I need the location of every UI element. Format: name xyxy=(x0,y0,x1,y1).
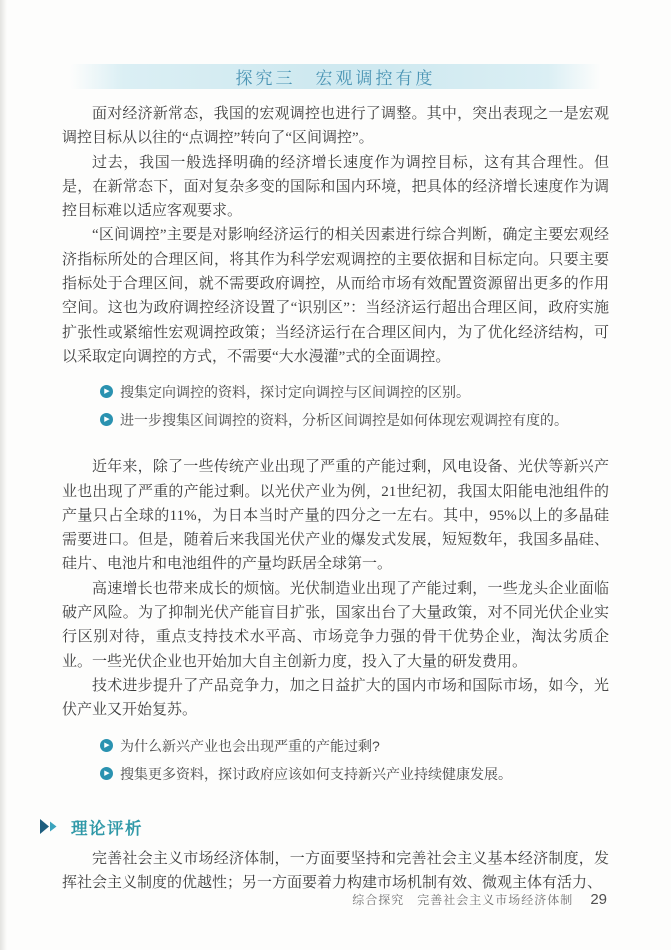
paragraph-tech-progress: 技术进步提升了产品竞争力，加之日益扩大的国内市场和国际市场，如今，光伏产业又开始… xyxy=(62,674,609,723)
page-footer: 综合探究 完善社会主义市场经济体制 29 xyxy=(352,891,607,908)
task-list-1: 搜集定向调控的资料，探讨定向调控与区间调控的区别。 进一步搜集区间调控的资料，分… xyxy=(62,382,609,431)
task-text: 进一步搜集区间调控的资料，分析区间调控是如何体现宏观调控有度的。 xyxy=(120,410,568,431)
page-number: 29 xyxy=(590,891,607,908)
play-circle-icon xyxy=(100,385,113,398)
task-text: 搜集定向调控的资料，探讨定向调控与区间调控的区别。 xyxy=(120,382,470,403)
banner-title: 探究三 宏观调控有度 xyxy=(236,64,436,89)
paragraph-past-targets: 过去，我国一般选择明确的经济增长速度作为调控目标，这有其合理性。但是，在新常态下… xyxy=(62,151,609,224)
theory-paragraph: 完善社会主义市场经济体制，一方面要坚持和完善社会主义基本经济制度，发挥社会主义制… xyxy=(62,847,609,896)
page-content: 面对经济新常态，我国的宏观调控也进行了调整。其中，突出表现之一是宏观调控目标从以… xyxy=(62,102,609,785)
task-text: 搜集更多资料，探讨政府应该如何支持新兴产业持续健康发展。 xyxy=(120,764,512,785)
page-edge-shadow xyxy=(0,0,7,950)
task-list-2: 为什么新兴产业也会出现严重的产能过剩? 搜集更多资料，探讨政府应该如何支持新兴产… xyxy=(62,736,609,785)
task-item: 搜集更多资料，探讨政府应该如何支持新兴产业持续健康发展。 xyxy=(100,764,609,785)
footer-chapter-title: 综合探究 完善社会主义市场经济体制 xyxy=(352,891,573,908)
double-arrow-icon xyxy=(38,818,59,835)
theory-header: 理论评析 xyxy=(38,815,633,839)
paragraph-macro-adjust: 面对经济新常态，我国的宏观调控也进行了调整。其中，突出表现之一是宏观调控目标从以… xyxy=(62,102,609,151)
task-text: 为什么新兴产业也会出现严重的产能过剩? xyxy=(120,736,380,757)
task-item: 搜集定向调控的资料，探讨定向调控与区间调控的区别。 xyxy=(100,382,609,403)
task-item: 进一步搜集区间调控的资料，分析区间调控是如何体现宏观调控有度的。 xyxy=(100,410,609,431)
paragraph-pv-overcapacity: 近年来，除了一些传统产业出现了严重的产能过剩，风电设备、光伏等新兴产业也出现了严… xyxy=(62,455,609,576)
paragraph-interval-control: “区间调控”主要是对影响经济运行的相关因素进行综合判断，确定主要宏观经济指标所处… xyxy=(62,223,609,369)
textbook-page: 探究三 宏观调控有度 面对经济新常态，我国的宏观调控也进行了调整。其中，突出表现… xyxy=(0,0,671,950)
theory-title: 理论评析 xyxy=(71,815,143,839)
task-item: 为什么新兴产业也会出现严重的产能过剩? xyxy=(100,736,609,757)
play-circle-icon xyxy=(100,767,113,780)
play-circle-icon xyxy=(100,739,113,752)
play-circle-icon xyxy=(100,413,113,426)
section-banner: 探究三 宏观调控有度 xyxy=(70,64,601,89)
paragraph-growth-troubles: 高速增长也带来成长的烦恼。光伏制造业出现了产能过剩，一些龙头企业面临破产风险。为… xyxy=(62,577,609,674)
theory-section: 理论评析 完善社会主义市场经济体制，一方面要坚持和完善社会主义基本经济制度，发挥… xyxy=(38,815,633,896)
